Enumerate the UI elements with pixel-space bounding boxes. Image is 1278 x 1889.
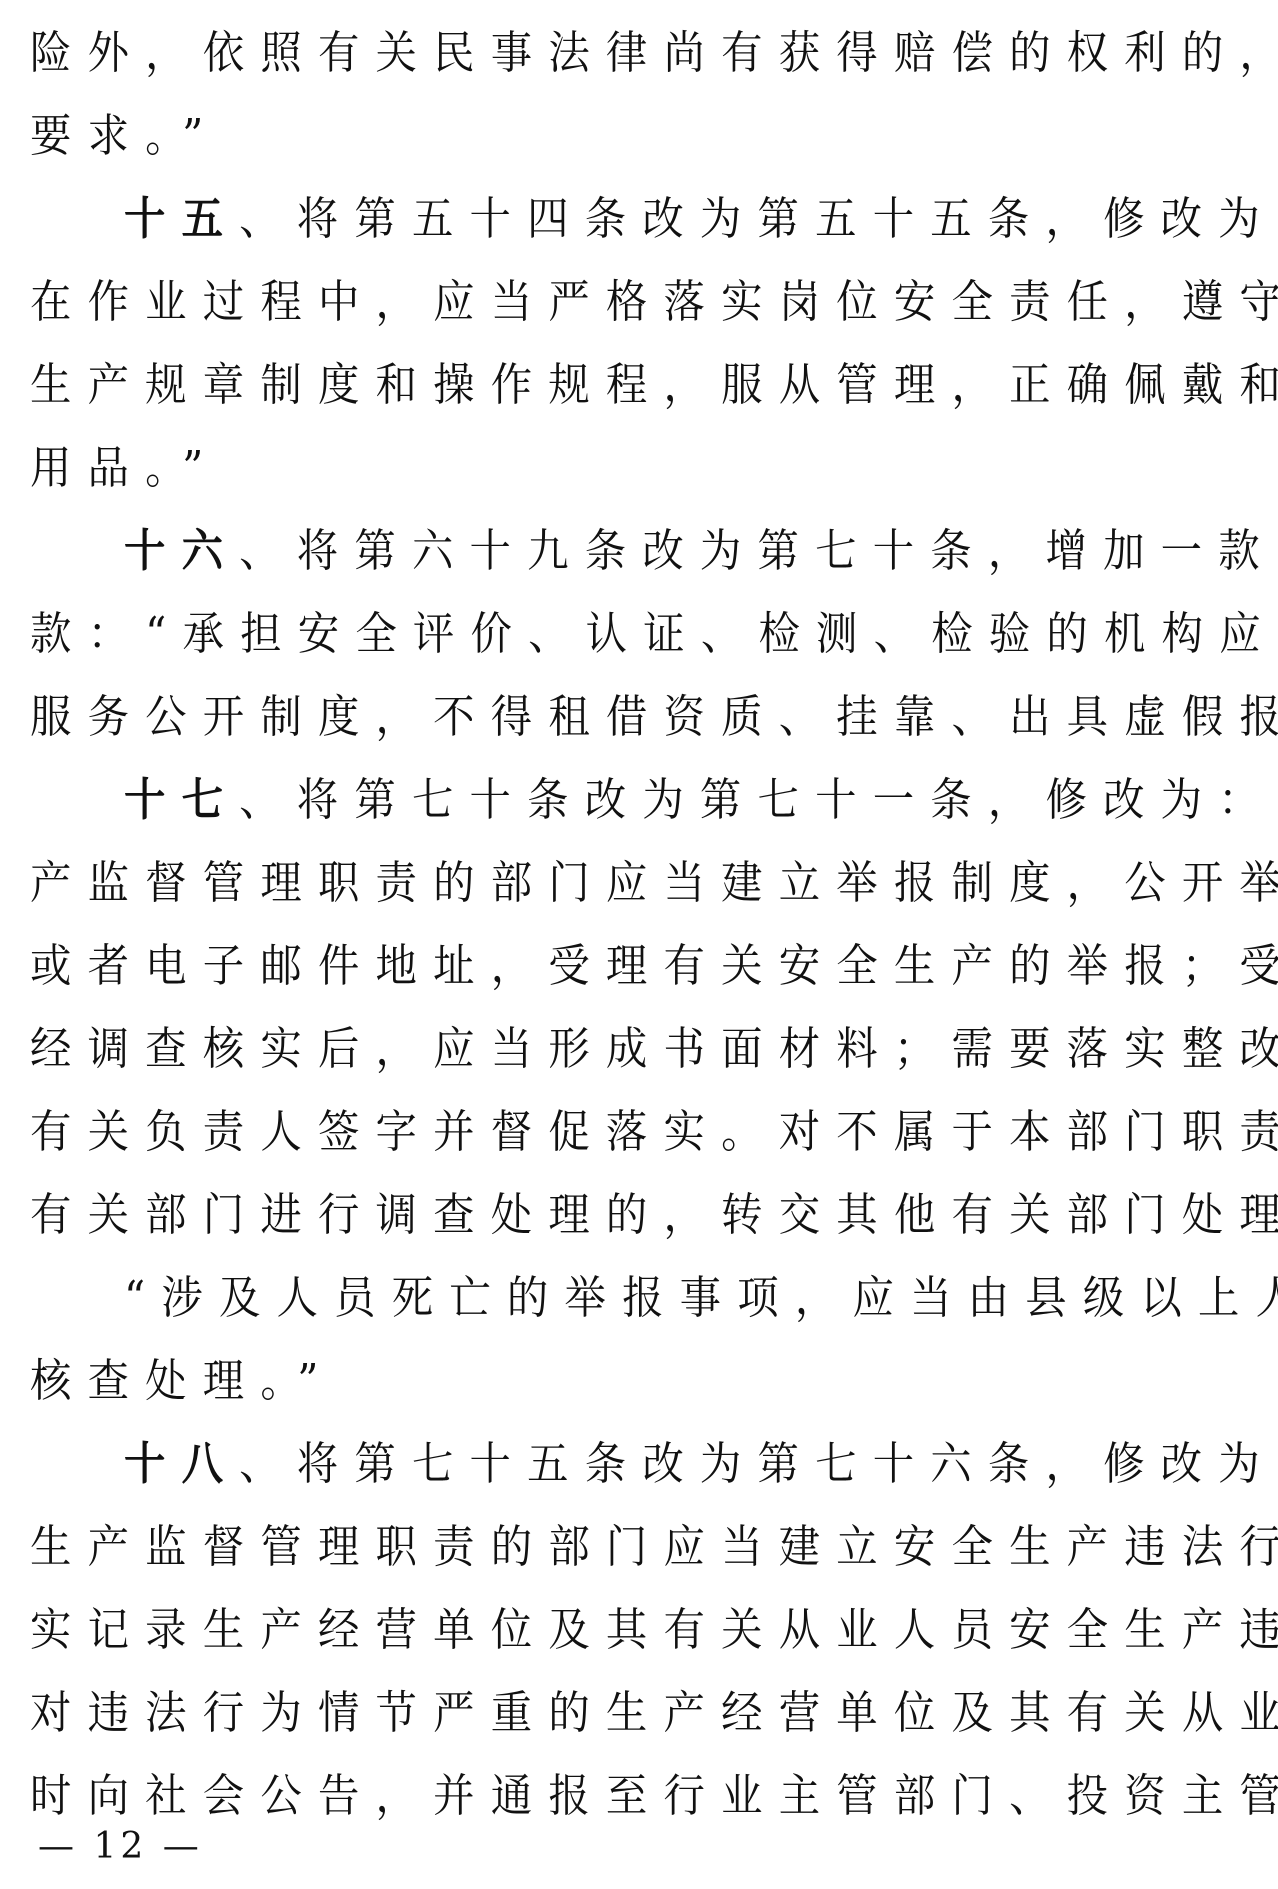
- line-text: 、将第七十条改为第七十一条，修改为：“负有安全生: [239, 773, 1278, 826]
- line-text: 产监督管理职责的部门应当建立举报制度，公开举报电话、信箱: [30, 856, 1278, 909]
- line-text: 时向社会公告，并通报至行业主管部门、投资主管部门、自然资: [30, 1769, 1278, 1822]
- text-line: “涉及人员死亡的举报事项，应当由县级以上人民政府组织: [124, 1263, 1256, 1333]
- document-page: 险外，依照有关民事法律尚有获得赔偿的权利的，有权提出赔偿 要求。” 十五、将第五…: [0, 0, 1278, 1889]
- text-line: 经调查核实后，应当形成书面材料；需要落实整改措施的，报经: [30, 1014, 1162, 1084]
- text-line: 对违法行为情节严重的生产经营单位及其有关从业人员，应当及: [30, 1678, 1162, 1748]
- text-line: 产监督管理职责的部门应当建立举报制度，公开举报电话、信箱: [30, 848, 1162, 918]
- text-line: 用品。”: [30, 433, 1162, 503]
- line-text: 要求。”: [30, 109, 219, 162]
- text-line: 生产规章制度和操作规程，服从管理，正确佩戴和使用劳动防护: [30, 350, 1162, 420]
- line-text: 有关负责人签字并督促落实。对不属于本部门职责，需要由其他: [30, 1105, 1278, 1158]
- text-line: 实记录生产经营单位及其有关从业人员安全生产违法行为信息；: [30, 1595, 1162, 1665]
- line-text: 在作业过程中，应当严格落实岗位安全责任，遵守本单位的安全: [30, 275, 1278, 328]
- line-text: 、将第五十四条改为第五十五条，修改为：“从业人员: [239, 192, 1278, 245]
- line-text: 、将第六十九条改为第七十条，增加一款，作为第二: [239, 524, 1278, 577]
- line-text: 用品。”: [30, 441, 219, 494]
- line-text: 经调查核实后，应当形成书面材料；需要落实整改措施的，报经: [30, 1022, 1278, 1075]
- text-line: 款：“承担安全评价、认证、检测、检验的机构应当建立并实施: [30, 599, 1162, 669]
- text-line: 生产监督管理职责的部门应当建立安全生产违法行为信息库，如: [30, 1512, 1162, 1582]
- line-text: 核查处理。”: [30, 1354, 335, 1407]
- text-line: 有关负责人签字并督促落实。对不属于本部门职责，需要由其他: [30, 1097, 1162, 1167]
- line-text: 有关部门进行调查处理的，转交其他有关部门处理。: [30, 1188, 1278, 1241]
- line-text: 实记录生产经营单位及其有关从业人员安全生产违法行为信息；: [30, 1603, 1278, 1656]
- text-line: 或者电子邮件地址，受理有关安全生产的举报；受理的举报事项: [30, 931, 1162, 1001]
- clause-number: 十八: [124, 1437, 239, 1490]
- text-line: 核查处理。”: [30, 1346, 1162, 1416]
- text-line: 有关部门进行调查处理的，转交其他有关部门处理。: [30, 1180, 1162, 1250]
- line-text: 对违法行为情节严重的生产经营单位及其有关从业人员，应当及: [30, 1686, 1278, 1739]
- text-line: 服务公开制度，不得租借资质、挂靠、出具虚假报告。”: [30, 682, 1162, 752]
- clause-16-heading-line: 十六、将第六十九条改为第七十条，增加一款，作为第二: [124, 516, 1256, 586]
- clause-number: 十五: [124, 192, 239, 245]
- page-number: — 12 —: [38, 1822, 203, 1872]
- line-text: 生产监督管理职责的部门应当建立安全生产违法行为信息库，如: [30, 1520, 1278, 1573]
- clause-number: 十六: [124, 524, 239, 577]
- clause-17-heading-line: 十七、将第七十条改为第七十一条，修改为：“负有安全生: [124, 765, 1256, 835]
- text-line: 险外，依照有关民事法律尚有获得赔偿的权利的，有权提出赔偿: [30, 18, 1162, 88]
- text-line: 要求。”: [30, 101, 1162, 171]
- clause-15-heading-line: 十五、将第五十四条改为第五十五条，修改为：“从业人员: [124, 184, 1256, 254]
- clause-18-heading-line: 十八、将第七十五条改为第七十六条，修改为：“负有安全: [124, 1429, 1256, 1499]
- line-text: 或者电子邮件地址，受理有关安全生产的举报；受理的举报事项: [30, 939, 1278, 992]
- text-line: 在作业过程中，应当严格落实岗位安全责任，遵守本单位的安全: [30, 267, 1162, 337]
- line-text: 、将第七十五条改为第七十六条，修改为：“负有安全: [239, 1437, 1278, 1490]
- line-text: “涉及人员死亡的举报事项，应当由县级以上人民政府组织: [124, 1271, 1278, 1324]
- line-text: 款：“承担安全评价、认证、检测、检验的机构应当建立并实施: [30, 607, 1278, 660]
- clause-number: 十七: [124, 773, 239, 826]
- line-text: 服务公开制度，不得租借资质、挂靠、出具虚假报告。”: [30, 690, 1278, 743]
- line-text: 生产规章制度和操作规程，服从管理，正确佩戴和使用劳动防护: [30, 358, 1278, 411]
- line-text: 险外，依照有关民事法律尚有获得赔偿的权利的，有权提出赔偿: [30, 26, 1278, 79]
- text-line: 时向社会公告，并通报至行业主管部门、投资主管部门、自然资: [30, 1761, 1162, 1831]
